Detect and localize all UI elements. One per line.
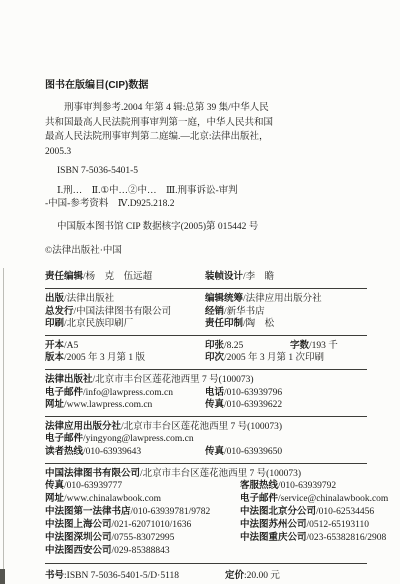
field-label: 开本 [45, 340, 64, 351]
field-value: 0512-65193110 [307, 520, 369, 530]
field-label: 中法图西安公司 [45, 545, 112, 556]
field-label: 传真 [205, 399, 224, 410]
format-section: 开本A5 印张8.25 字数193 千 版本2005 年 3 月第 1 版 印次… [45, 340, 367, 365]
editor-label: 责任编辑 [45, 271, 83, 282]
press-contact-row: 电子邮件info@lawpress.com.cn 电话010-63939796 [45, 387, 367, 400]
field-label: 版本 [45, 352, 64, 363]
branch-address-line: 法律应用出版分社北京市丰台区莲花池西里 7 号(100073) [45, 421, 367, 434]
field-label: 总发行 [45, 306, 74, 317]
field-label: 编辑统筹 [205, 293, 243, 304]
section-rule [45, 288, 367, 289]
editor-name: 杨 克 伍远超 [83, 272, 152, 282]
field-value: 2005 年 3 月第 1 次印刷 [224, 353, 324, 363]
field-label: 中法图第一法律书店 [45, 506, 131, 517]
field-label: 电子邮件 [45, 387, 83, 398]
production-row: 印刷北京民族印刷厂 责任印制陶 松 [45, 318, 367, 331]
field-value: 021-62071010/1636 [112, 520, 192, 530]
field-value: 010-63939792 [278, 481, 336, 491]
field-value: 193 千 [309, 341, 338, 351]
branch-contact-row: 电子邮件yingyong@lawpress.com.cn [45, 433, 367, 446]
field-value: info@lawpress.com.cn [83, 388, 173, 398]
press-name: 法律出版社 [45, 374, 93, 385]
staff-row: 责任编辑杨 克 伍远超 装帧设计李 瞻 [45, 271, 367, 283]
cip-classification: Ⅰ.刑… Ⅱ.①中…②中… Ⅲ.刑事诉讼-审判 -中国-参考资料 Ⅳ.D925.… [45, 185, 367, 212]
field-label: 印刷 [45, 318, 64, 329]
field-value: 010-63939781/9782 [131, 507, 211, 517]
price-value: 20.00 元 [244, 571, 280, 581]
colophon-content: 图书在版编目(CIP)数据 刑事审判参考.2004 年第 4 辑:总第 39 集… [45, 80, 367, 583]
classification-line: Ⅰ.刑… Ⅱ.①中…②中… Ⅲ.刑事诉讼-审判 [45, 185, 367, 199]
cip-description-line: 2005.3 [45, 145, 367, 160]
footer-row: 书号ISBN 7-5036-5401-5/D·5118 定价20.00 元 [45, 569, 367, 583]
field-value: 010-63939622 [224, 400, 282, 410]
company-contact-row: 传真010-63939777 客服热线010-63939792 [45, 480, 367, 493]
cip-description-line: 共和国最高人民法院刑事审判第一庭，中华人民共和国 [45, 116, 367, 131]
field-label: 网址 [45, 493, 64, 504]
designer-label: 装帧设计 [205, 271, 243, 282]
section-rule [45, 335, 367, 336]
field-label: 字数 [290, 340, 309, 351]
company-address: 北京市丰台区莲花池西里 7 号(100073) [140, 469, 301, 479]
designer-name: 李 瞻 [243, 272, 274, 282]
format-row: 版本2005 年 3 月第 1 版 印次2005 年 3 月第 1 次印刷 [45, 352, 367, 365]
company-address-line: 中国法律图书有限公司北京市丰台区莲花池西里 7 号(100073) [45, 468, 367, 481]
scan-edge-artifact [3, 268, 4, 584]
cip-description: 刑事审判参考.2004 年第 4 辑:总第 39 集/中华人民 共和国最高人民法… [45, 101, 367, 159]
press-address: 北京市丰台区莲花池西里 7 号(100073) [93, 375, 254, 385]
field-value: 029-85388843 [112, 546, 170, 556]
field-label: 中法图重庆公司 [240, 532, 307, 543]
field-value: yingyong@lawpress.com.cn [83, 434, 194, 444]
field-label: 出版 [45, 293, 64, 304]
field-value: 0755-83072995 [112, 533, 175, 543]
field-value: 023-65382816/2908 [307, 533, 387, 543]
company-section: 中国法律图书有限公司北京市丰台区莲花池西里 7 号(100073) 传真010-… [45, 468, 367, 558]
field-value: 010-63939650 [224, 447, 282, 457]
classification-line: -中国-参考资料 Ⅳ.D925.218.2 [45, 198, 367, 212]
book-number-label: 书号 [45, 570, 64, 581]
branch-address: 北京市丰台区莲花池西里 7 号(100073) [121, 422, 282, 432]
field-value: www.chinalawbook.com [64, 494, 161, 504]
field-value: 010-63939777 [64, 481, 122, 491]
company-store-row: 中法图西安公司029-85388843 [45, 545, 367, 558]
cip-heading: 图书在版编目(CIP)数据 [45, 80, 367, 92]
field-value: service@chinalawbook.com [278, 494, 388, 504]
field-value: A5 [64, 341, 78, 351]
isbn-line: ISBN 7-5036-5401-5 [45, 165, 367, 177]
field-value: 新华书店 [224, 307, 265, 317]
company-contact-row: 网址www.chinalawbook.com 电子邮件service@china… [45, 493, 367, 506]
format-row: 开本A5 印张8.25 字数193 千 [45, 340, 367, 353]
production-row: 出版法律出版社 编辑统筹法律应用出版分社 [45, 293, 367, 306]
field-value: 陶 松 [243, 319, 274, 329]
field-label: 电话 [205, 387, 224, 398]
section-rule [45, 416, 367, 417]
cip-description-line: 最高人民法院刑事审判第二庭编.—北京:法律出版社， [45, 130, 367, 145]
designer-field: 装帧设计李 瞻 [205, 271, 367, 283]
branch-contact-row: 读者热线010-63939643 传真010-63939650 [45, 446, 367, 459]
copyright-line: ©法律出版社·中国 [45, 245, 367, 257]
branch-section: 法律应用出版分社北京市丰台区莲花池西里 7 号(100073) 电子邮件ying… [45, 421, 367, 459]
field-label: 印次 [205, 352, 224, 363]
field-label: 传真 [45, 480, 64, 491]
editor-field: 责任编辑杨 克 伍远超 [45, 271, 205, 283]
field-label: 中法图深圳公司 [45, 532, 112, 543]
company-store-row: 中法图第一法律书店010-63939781/9782 中法图北京分公司010-6… [45, 506, 367, 519]
cip-description-line: 刑事审判参考.2004 年第 4 辑:总第 39 集/中华人民 [45, 101, 367, 116]
cip-registry: 中国版本图书馆 CIP 数据核字(2005)第 015442 号 [45, 221, 367, 233]
company-store-row: 中法图深圳公司0755-83072995 中法图重庆公司023-65382816… [45, 532, 367, 545]
section-rule [45, 463, 367, 464]
field-label: 责任印制 [205, 318, 243, 329]
field-value: 北京民族印刷厂 [64, 319, 133, 329]
field-value: 2005 年 3 月第 1 版 [64, 353, 145, 363]
field-value: www.lawpress.com.cn [64, 400, 152, 410]
field-label: 读者热线 [45, 446, 83, 457]
section-rule [45, 369, 367, 370]
field-value: 法律出版社 [64, 294, 114, 304]
price-label: 定价 [225, 570, 244, 581]
colophon-page: 图书在版编目(CIP)数据 刑事审判参考.2004 年第 4 辑:总第 39 集… [0, 0, 400, 584]
field-label: 电子邮件 [45, 433, 83, 444]
book-number-value: ISBN 7-5036-5401-5/D·5118 [64, 571, 179, 581]
press-contact-row: 网址www.lawpress.com.cn 传真010-63939622 [45, 399, 367, 412]
field-label: 中法图北京分公司 [240, 506, 316, 517]
press-address-line: 法律出版社北京市丰台区莲花池西里 7 号(100073) [45, 374, 367, 387]
field-label: 网址 [45, 399, 64, 410]
field-label: 经销 [205, 306, 224, 317]
field-value: 010-63939643 [83, 447, 141, 457]
field-label: 印张 [205, 340, 224, 351]
field-value: 中国法律图书有限公司 [74, 307, 172, 317]
field-label: 中法图苏州公司 [240, 519, 307, 530]
branch-name: 法律应用出版分社 [45, 421, 121, 432]
production-section: 出版法律出版社 编辑统筹法律应用出版分社 总发行中国法律图书有限公司 经销新华书… [45, 293, 367, 331]
press-section: 法律出版社北京市丰台区莲花池西里 7 号(100073) 电子邮件info@la… [45, 374, 367, 412]
scan-corner-artifact [0, 569, 5, 584]
field-label: 客服热线 [240, 480, 278, 491]
field-value: 010-63939796 [224, 388, 282, 398]
field-value: 010-62534456 [316, 507, 374, 517]
field-value: 8.25 [224, 341, 243, 351]
field-label: 电子邮件 [240, 493, 278, 504]
company-name: 中国法律图书有限公司 [45, 468, 140, 479]
field-label: 中法图上海公司 [45, 519, 112, 530]
company-store-row: 中法图上海公司021-62071010/1636 中法图苏州公司0512-651… [45, 519, 367, 532]
production-row: 总发行中国法律图书有限公司 经销新华书店 [45, 306, 367, 319]
field-label: 传真 [205, 446, 224, 457]
field-value: 法律应用出版分社 [243, 294, 322, 304]
section-rule [45, 563, 367, 564]
